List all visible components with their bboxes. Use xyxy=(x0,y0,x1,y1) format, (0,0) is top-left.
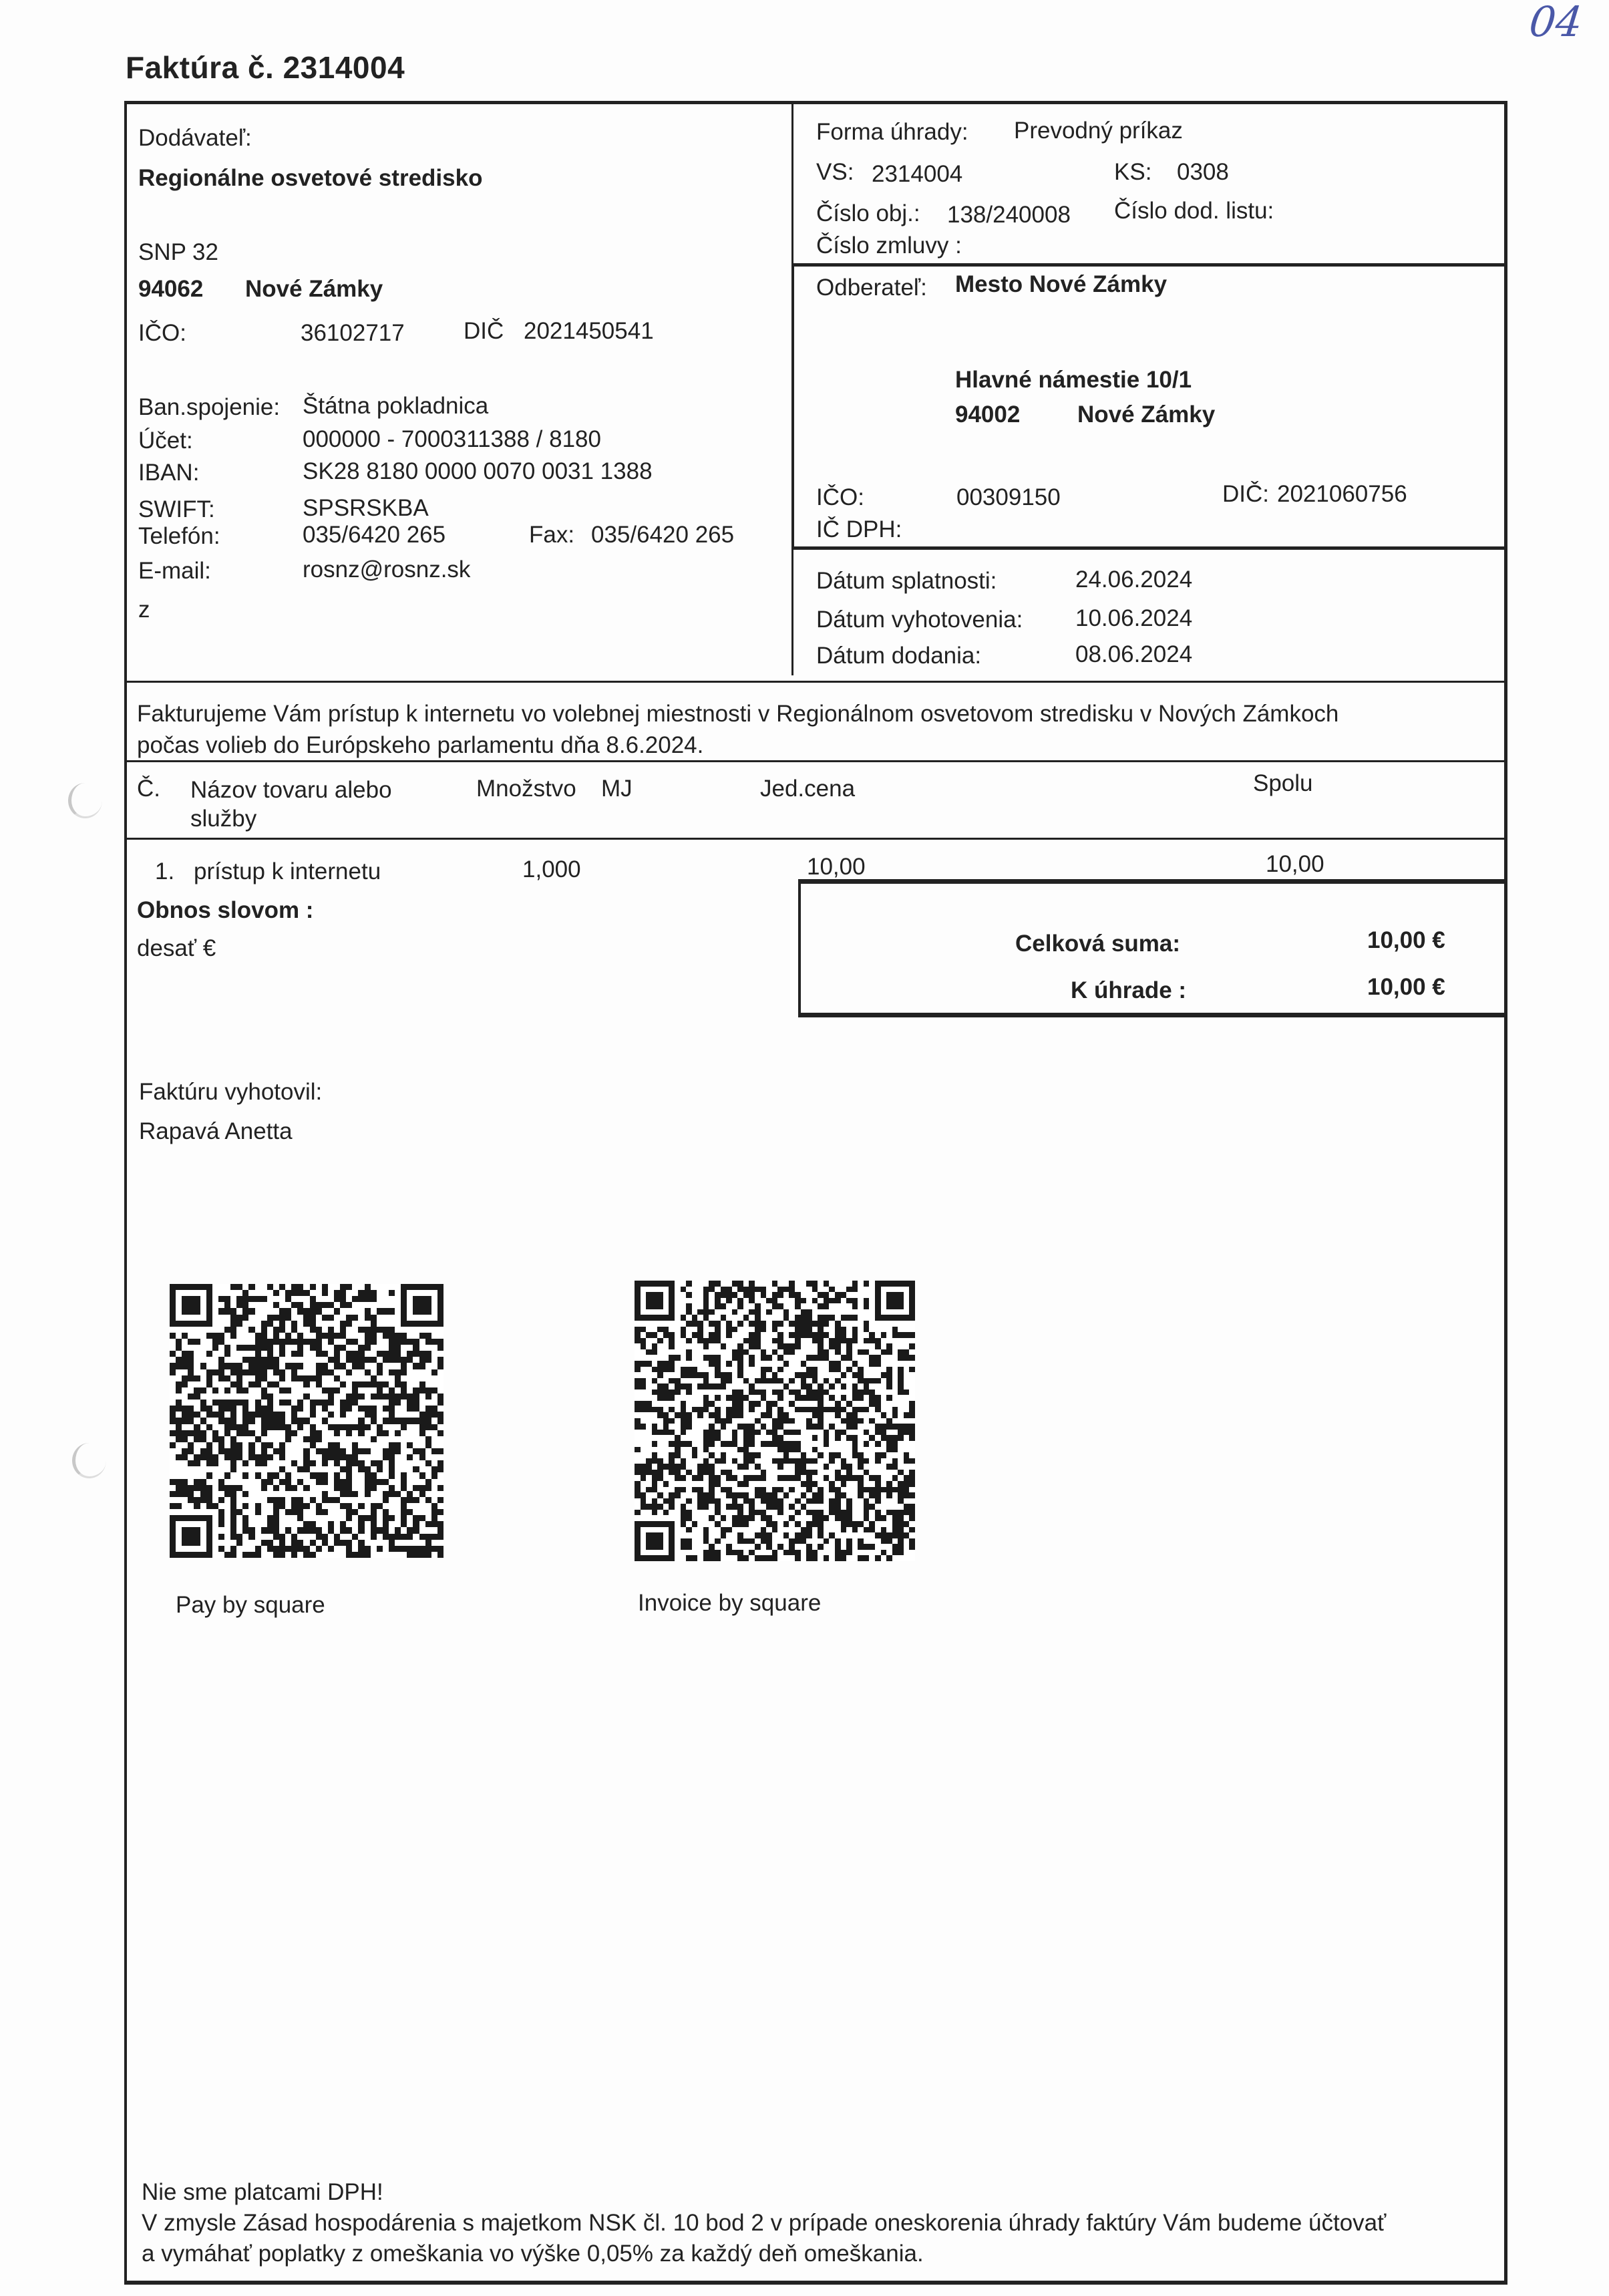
col-header-number: Č. xyxy=(137,777,160,800)
pay-by-square-caption: Pay by square xyxy=(176,1593,325,1617)
customer-box-bottom xyxy=(791,546,1507,550)
to-pay-label: K úhrade : xyxy=(1071,979,1186,1002)
table-header-divider xyxy=(124,838,1507,840)
supplier-label: Dodávateľ: xyxy=(138,126,252,150)
vs-label: VS: xyxy=(816,160,854,184)
late-fee-note-line1: V zmysle Zásad hospodárenia s majetkom N… xyxy=(142,2211,1386,2235)
totals-box-bottom xyxy=(798,1013,1507,1017)
issue-date: 10.06.2024 xyxy=(1075,607,1192,630)
supplier-ico: 36102717 xyxy=(301,321,405,345)
phone-value: 035/6420 265 xyxy=(303,523,445,546)
row-item-name: prístup k internetu xyxy=(194,860,381,883)
customer-dic: 2021060756 xyxy=(1277,482,1407,506)
supplier-zip: 94062 xyxy=(138,277,203,301)
bank-name: Štátna pokladnica xyxy=(303,394,488,418)
invoice-by-square-qr-code xyxy=(635,1281,915,1561)
row-quantity: 1,000 xyxy=(522,858,581,881)
payment-method-label: Forma úhrady: xyxy=(816,120,968,144)
payment-method: Prevodný príkaz xyxy=(1014,119,1183,142)
to-pay-amount: 10,00 € xyxy=(1367,975,1445,999)
iban-value: SK28 8180 0000 0070 0031 1388 xyxy=(303,460,653,483)
account-label: Účet: xyxy=(138,429,193,452)
pay-by-square-qr-code xyxy=(170,1284,443,1558)
punch-hole-mark xyxy=(68,783,102,818)
phone-label: Telefón: xyxy=(138,524,220,548)
totals-box-top xyxy=(798,879,1507,884)
supplier-dic-label: DIČ xyxy=(464,319,504,343)
contract-number-label: Číslo zmluvy : xyxy=(816,234,962,257)
issue-date-label: Dátum vyhotovenia: xyxy=(816,608,1023,631)
frame-right-border xyxy=(1504,101,1507,2284)
customer-name: Mesto Nové Zámky xyxy=(955,273,1167,296)
order-number: 138/240008 xyxy=(947,203,1071,226)
total-sum-label: Celková suma: xyxy=(1015,932,1180,955)
customer-box-top xyxy=(791,263,1507,267)
frame-bottom-border xyxy=(124,2281,1507,2285)
swift-label: SWIFT: xyxy=(138,498,215,521)
col-header-unit-price: Jed.cena xyxy=(760,777,855,800)
order-number-label: Číslo obj.: xyxy=(816,202,920,225)
amount-in-words-label: Obnos slovom : xyxy=(137,898,313,922)
section-divider xyxy=(124,760,1507,762)
issuer-label: Faktúru vyhotovil: xyxy=(139,1080,322,1104)
customer-ico-label: IČO: xyxy=(816,486,864,509)
totals-box-left xyxy=(798,879,801,1017)
supplier-ico-label: IČO: xyxy=(138,321,186,345)
col-header-unit: MJ xyxy=(601,777,633,800)
email-label: E-mail: xyxy=(138,559,211,583)
delivery-note-label: Číslo dod. listu: xyxy=(1114,199,1274,222)
due-date-label: Dátum splatnosti: xyxy=(816,569,997,593)
punch-hole-mark xyxy=(72,1443,106,1478)
customer-ico: 00309150 xyxy=(956,486,1061,509)
vat-note: Nie sme platcami DPH! xyxy=(142,2180,383,2204)
col-header-quantity: Množstvo xyxy=(476,777,576,800)
ks-value: 0308 xyxy=(1177,160,1229,184)
row-number: 1. xyxy=(155,860,174,883)
late-fee-note-line2: a vymáhať poplatky z omeškania vo výške … xyxy=(142,2242,924,2265)
supplier-note: z xyxy=(138,598,150,621)
issuer-name: Rapavá Anetta xyxy=(139,1120,293,1143)
email-link[interactable]: rosnz@rosnz.sk xyxy=(303,558,470,581)
fax-label: Fax: xyxy=(529,523,574,546)
customer-dic-label: DIČ: xyxy=(1222,482,1269,506)
frame-left-border xyxy=(124,101,127,2284)
supplier-street: SNP 32 xyxy=(138,240,218,264)
invoice-description-line1: Fakturujeme Vám prístup k internetu vo v… xyxy=(137,702,1338,725)
customer-box-left xyxy=(791,263,794,550)
col-header-name-line2: služby xyxy=(190,807,256,830)
invoice-description-line2: počas volieb do Európskeho parlamentu dň… xyxy=(137,733,703,757)
swift-value: SPSRSKBA xyxy=(303,496,429,520)
iban-label: IBAN: xyxy=(138,461,199,484)
customer-city: Nové Zámky xyxy=(1077,403,1215,426)
amount-in-words: desať € xyxy=(137,937,216,960)
customer-zip: 94002 xyxy=(955,403,1020,426)
customer-label: Odberateľ: xyxy=(816,276,927,299)
supplier-name: Regionálne osvetové stredisko xyxy=(138,166,482,190)
section-divider xyxy=(124,681,1507,683)
customer-icdph-label: IČ DPH: xyxy=(816,518,902,541)
total-sum: 10,00 € xyxy=(1367,929,1445,952)
vs-value: 2314004 xyxy=(872,162,962,186)
supplier-dic: 2021450541 xyxy=(524,319,654,343)
due-date: 24.06.2024 xyxy=(1075,568,1192,591)
frame-top-border xyxy=(124,101,1507,104)
invoice-by-square-caption: Invoice by square xyxy=(638,1591,821,1615)
supplier-city: Nové Zámky xyxy=(245,277,383,301)
handwritten-page-number: 04 xyxy=(1527,0,1585,46)
row-unit-price: 10,00 xyxy=(807,855,866,878)
fax-value: 035/6420 265 xyxy=(591,523,734,546)
delivery-date-label: Dátum dodania: xyxy=(816,644,981,667)
bank-label: Ban.spojenie: xyxy=(138,395,280,419)
invoice-title: Faktúra č. 2314004 xyxy=(126,49,405,86)
account-number: 000000 - 7000311388 / 8180 xyxy=(303,428,601,451)
col-header-total: Spolu xyxy=(1253,772,1313,795)
ks-label: KS: xyxy=(1114,160,1151,184)
col-header-name: Názov tovaru alebo xyxy=(190,778,392,802)
delivery-date: 08.06.2024 xyxy=(1075,643,1192,666)
customer-street: Hlavné námestie 10/1 xyxy=(955,368,1192,391)
row-total: 10,00 xyxy=(1266,852,1324,876)
